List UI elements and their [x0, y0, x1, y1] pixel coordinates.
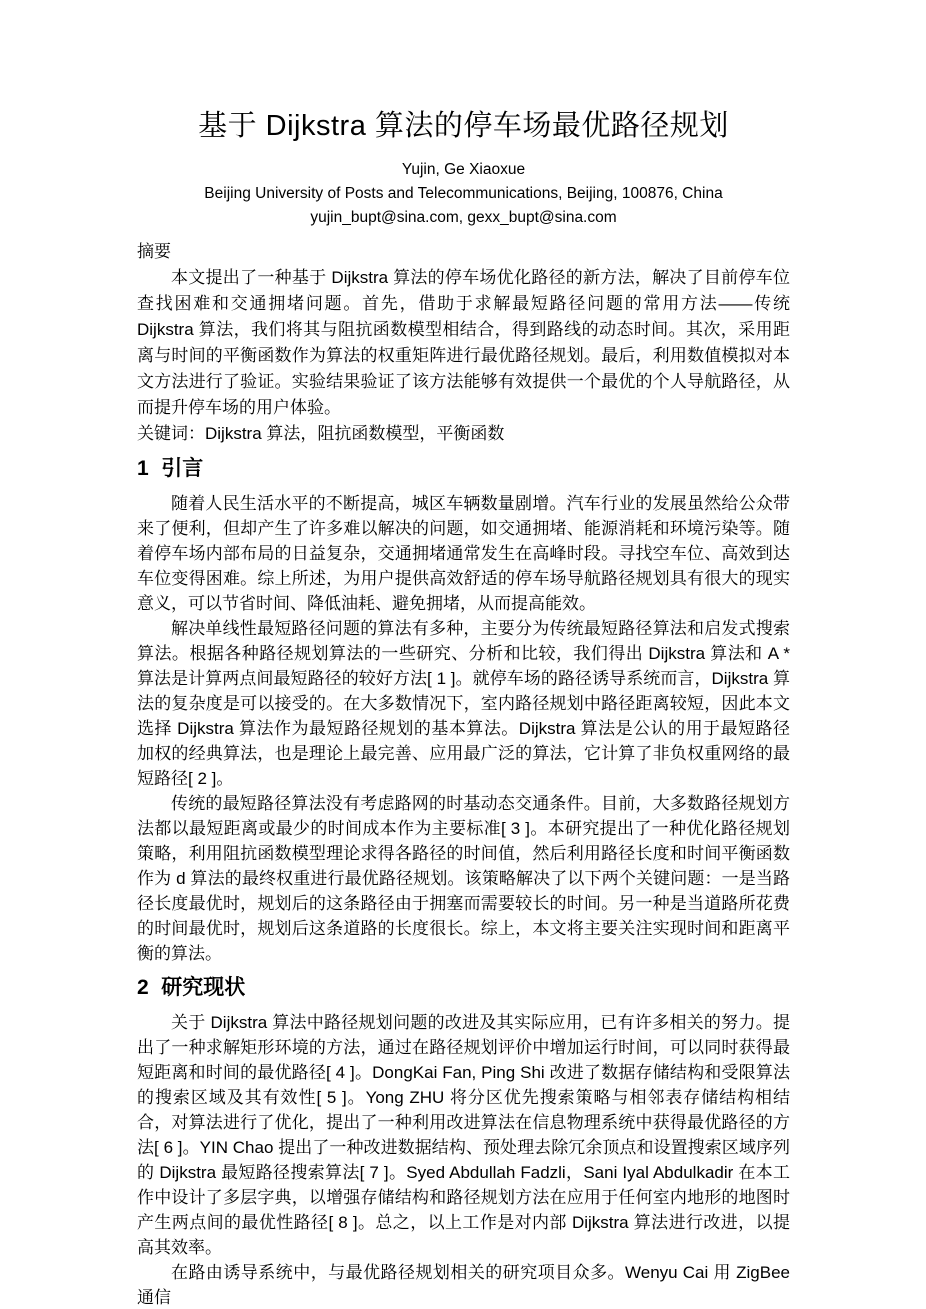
section2-paragraph-1: 关于 Dijkstra 算法中路径规划问题的改进及其实际应用，已有许多相关的努力…	[137, 1010, 790, 1260]
authors-line: Yujin, Ge Xiaoxue	[137, 158, 790, 182]
keywords-text: Dijkstra 算法，阻抗函数模型，平衡函数	[205, 424, 504, 443]
document-page: 基于 Dijkstra 算法的停车场最优路径规划 Yujin, Ge Xiaox…	[0, 0, 926, 1309]
paper-title: 基于 Dijkstra 算法的停车场最优路径规划	[137, 106, 790, 146]
section-number: 2	[137, 976, 149, 999]
section1-paragraph-2: 解决单线性最短路径问题的算法有多种，主要分为传统最短路径算法和启发式搜索算法。根…	[137, 616, 790, 791]
abstract-label: 摘要	[137, 239, 790, 265]
section1-paragraph-3: 传统的最短路径算法没有考虑路网的时基动态交通条件。目前，大多数路径规划方法都以最…	[137, 791, 790, 966]
section-heading-text: 引言	[161, 457, 203, 480]
section-number: 1	[137, 457, 149, 480]
section-heading-introduction: 1引言	[137, 453, 790, 485]
section2-paragraph-2: 在路由诱导系统中，与最优路径规划相关的研究项目众多。Wenyu Cai 用 Zi…	[137, 1260, 790, 1309]
section1-paragraph-1: 随着人民生活水平的不断提高，城区车辆数量剧增。汽车行业的发展虽然给公众带来了便利…	[137, 491, 790, 616]
keywords-line: 关键词：Dijkstra 算法，阻抗函数模型，平衡函数	[137, 421, 790, 447]
keywords-label: 关键词：	[137, 424, 205, 443]
affiliation-line: Beijing University of Posts and Telecomm…	[137, 182, 790, 206]
emails-line: yujin_bupt@sina.com, gexx_bupt@sina.com	[137, 206, 790, 230]
abstract-text: 本文提出了一种基于 Dijkstra 算法的停车场优化路径的新方法，解决了目前停…	[137, 265, 790, 421]
page-content: 基于 Dijkstra 算法的停车场最优路径规划 Yujin, Ge Xiaox…	[0, 0, 926, 1309]
section-heading-related-work: 2研究现状	[137, 972, 790, 1004]
section-heading-text: 研究现状	[161, 976, 245, 999]
